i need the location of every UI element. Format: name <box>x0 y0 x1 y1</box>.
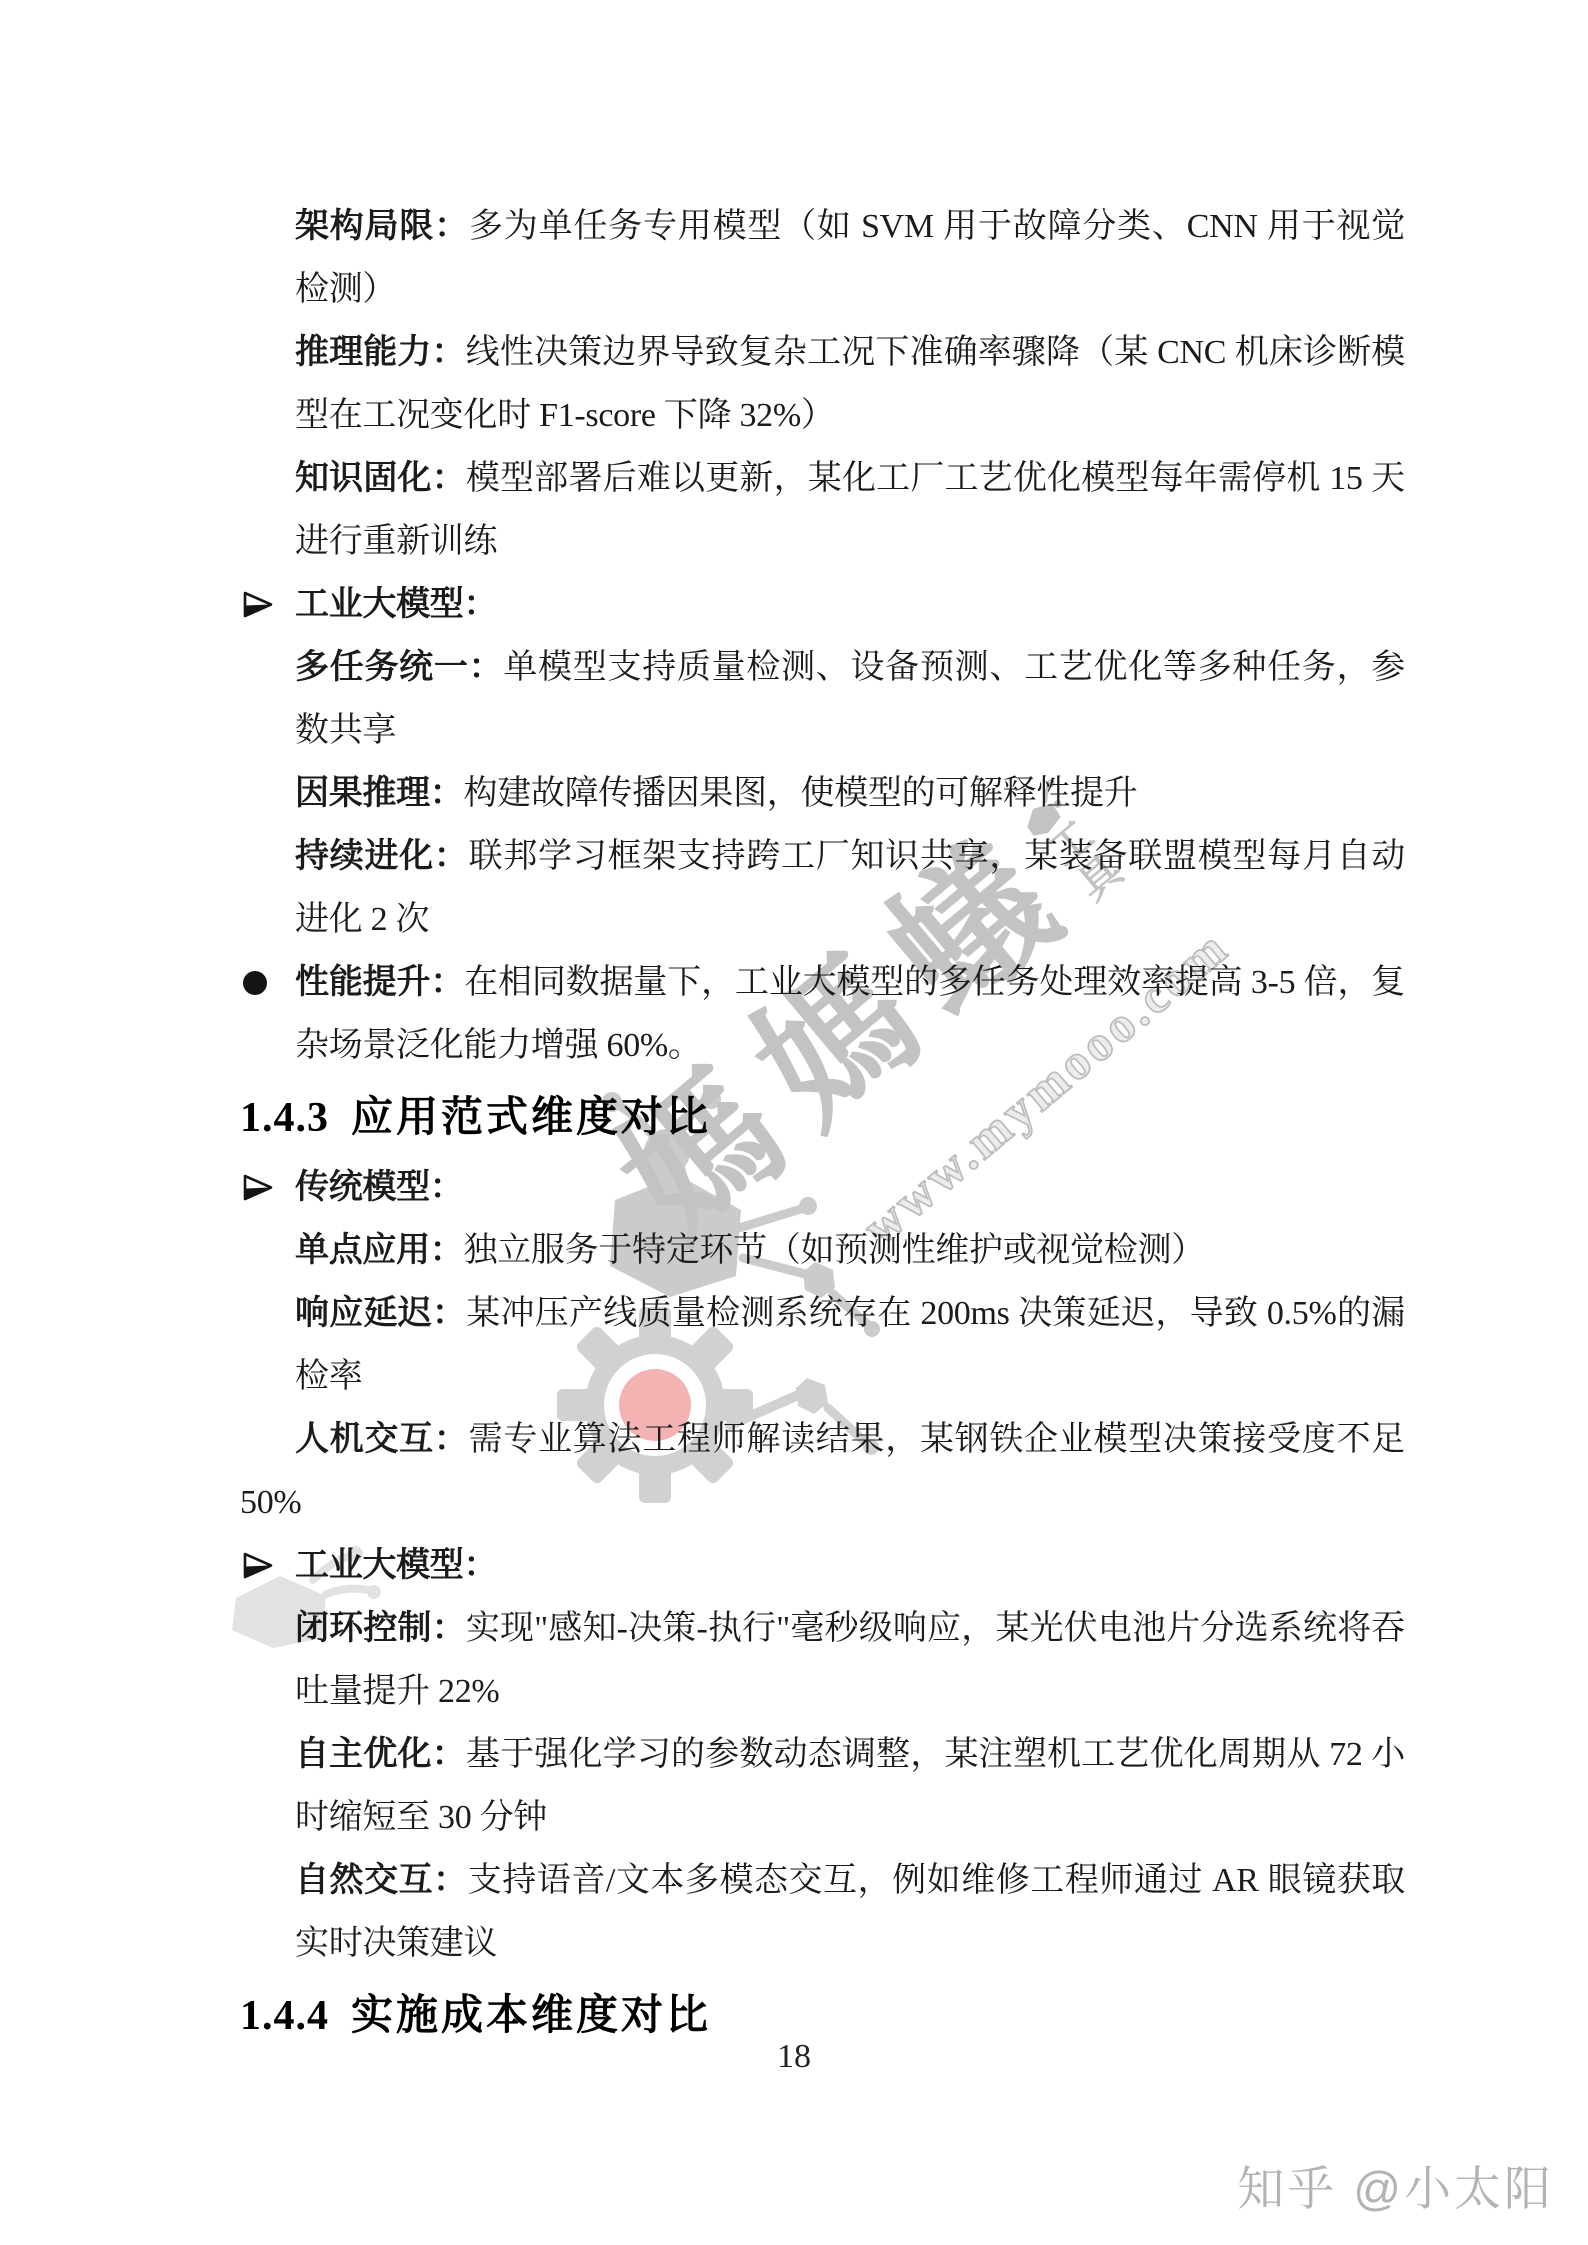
text-line: 数共享 <box>295 699 1405 762</box>
text-line: 持续进化：联邦学习框架支持跨工厂知识共享，某装备联盟模型每月自动 <box>295 825 1405 888</box>
section-number: 1.4.4 <box>240 1993 329 2039</box>
paragraph-label: 传统模型： <box>295 1169 464 1206</box>
paragraph-text: 支持语音/文本多模态交互，例如维修工程师通过 AR 眼镜获取 <box>468 1862 1405 1899</box>
paragraph-text: 实现"感知-决策-执行"毫秒级响应，某光伏电池片分选系统将吞 <box>466 1610 1405 1647</box>
paragraph-text: 型在工况变化时 F1-score 下降 32%） <box>295 397 835 434</box>
paragraph-text: 吐量提升 22% <box>295 1673 499 1710</box>
paragraph-text: 进行重新训练 <box>295 523 497 560</box>
paragraph-text: 构建故障传播因果图，使模型的可解释性提升 <box>464 775 1138 812</box>
arrow-bullet-icon <box>243 1156 273 1219</box>
text-line: 实时决策建议 <box>295 1912 1405 1975</box>
text-line: 闭环控制：实现"感知-决策-执行"毫秒级响应，某光伏电池片分选系统将吞 <box>295 1597 1405 1660</box>
text-line: 推理能力：线性决策边界导致复杂工况下准确率骤降（某 CNC 机床诊断模 <box>295 321 1405 384</box>
text-line: 自然交互：支持语音/文本多模态交互，例如维修工程师通过 AR 眼镜获取 <box>295 1849 1405 1912</box>
paragraph-text: 多为单任务专用模型（如 SVM 用于故障分类、CNN 用于视觉 <box>469 208 1405 245</box>
paragraph-text: 数共享 <box>295 712 396 749</box>
paragraph-text: 时缩短至 30 分钟 <box>295 1799 547 1836</box>
paragraph-text: 进化 2 次 <box>295 901 429 938</box>
paragraph-text: 需专业算法工程师解读结果，某钢铁企业模型决策接受度不足 <box>469 1421 1405 1458</box>
paragraph-label: 因果推理： <box>295 775 464 812</box>
text-line: 工业大模型： <box>295 573 1405 636</box>
section-title: 实施成本维度对比 <box>351 1991 711 2038</box>
dot-bullet-icon <box>243 951 267 1014</box>
paragraph-text: 检率 <box>295 1358 362 1395</box>
text-line: 传统模型： <box>295 1156 1405 1219</box>
content-area: 架构局限：多为单任务专用模型（如 SVM 用于故障分类、CNN 用于视觉检测）推… <box>240 195 1405 2054</box>
paragraph-label: 单点应用： <box>295 1232 464 1269</box>
text-line: 时缩短至 30 分钟 <box>295 1786 1405 1849</box>
text-line: 检率 <box>295 1345 1405 1408</box>
page-number: 18 <box>0 2038 1588 2076</box>
text-line: 进行重新训练 <box>295 510 1405 573</box>
section-heading: 1.4.3应用范式维度对比 <box>240 1077 1405 1156</box>
text-line: 响应延迟：某冲压产线质量检测系统存在 200ms 决策延迟，导致 0.5%的漏 <box>295 1282 1405 1345</box>
paragraph-text: 在相同数据量下，工业大模型的多任务处理效率提高 3-5 倍，复 <box>464 964 1405 1001</box>
paragraph-text: 检测） <box>295 271 396 308</box>
paragraph-text: 50% <box>240 1484 301 1521</box>
paragraph-label: 多任务统一： <box>295 649 503 686</box>
paragraph-label: 人机交互： <box>295 1421 469 1458</box>
paragraph-text: 实时决策建议 <box>295 1925 497 1962</box>
text-line: 多任务统一：单模型支持质量检测、设备预测、工艺优化等多种任务，参 <box>295 636 1405 699</box>
paragraph-label: 推理能力： <box>295 334 466 371</box>
paragraph-text: 单模型支持质量检测、设备预测、工艺优化等多种任务，参 <box>503 649 1405 686</box>
text-line: 吐量提升 22% <box>295 1660 1405 1723</box>
paragraph-label: 自主优化： <box>295 1736 466 1773</box>
arrow-bullet-icon <box>243 1534 273 1597</box>
paragraph-label: 知识固化： <box>295 460 466 497</box>
arrow-bullet-icon <box>243 573 273 636</box>
paragraph-text: 线性决策边界导致复杂工况下准确率骤降（某 CNC 机床诊断模 <box>466 334 1405 371</box>
zhihu-credit: 知乎 @小太阳 <box>1237 2152 1554 2219</box>
section-number: 1.4.3 <box>240 1095 329 1141</box>
paragraph-label: 架构局限： <box>295 208 469 245</box>
paragraph-label: 性能提升： <box>295 964 464 1001</box>
text-line: 进化 2 次 <box>295 888 1405 951</box>
paragraph-label: 自然交互： <box>295 1862 468 1899</box>
paragraph-label: 工业大模型： <box>295 1547 497 1584</box>
text-line: 型在工况变化时 F1-score 下降 32%） <box>295 384 1405 447</box>
paragraph-text: 联邦学习框架支持跨工厂知识共享，某装备联盟模型每月自动 <box>469 838 1405 875</box>
paragraph-text: 某冲压产线质量检测系统存在 200ms 决策延迟，导致 0.5%的漏 <box>466 1295 1405 1332</box>
text-line: 50% <box>240 1471 1405 1534</box>
paragraph-text: 独立服务于特定环节（如预测性维护或视觉检测） <box>464 1232 1205 1269</box>
paragraph-label: 闭环控制： <box>295 1610 466 1647</box>
text-line: 工业大模型： <box>295 1534 1405 1597</box>
paragraph-text: 杂场景泛化能力增强 60%。 <box>295 1027 702 1064</box>
text-line: 性能提升：在相同数据量下，工业大模型的多任务处理效率提高 3-5 倍，复 <box>295 951 1405 1014</box>
paragraph-text: 模型部署后难以更新，某化工厂工艺优化模型每年需停机 15 天 <box>466 460 1405 497</box>
text-line: 知识固化：模型部署后难以更新，某化工厂工艺优化模型每年需停机 15 天 <box>295 447 1405 510</box>
text-line: 自主优化：基于强化学习的参数动态调整，某注塑机工艺优化周期从 72 小 <box>295 1723 1405 1786</box>
text-line: 单点应用：独立服务于特定环节（如预测性维护或视觉检测） <box>295 1219 1405 1282</box>
text-line: 人机交互：需专业算法工程师解读结果，某钢铁企业模型决策接受度不足 <box>295 1408 1405 1471</box>
document-page: 媽 媽 蟻 工 具 www.mymooo.com 架构局限：多为单任务专用模型（… <box>0 0 1588 2245</box>
paragraph-label: 工业大模型： <box>295 586 497 623</box>
paragraph-label: 持续进化： <box>295 838 469 875</box>
text-line: 杂场景泛化能力增强 60%。 <box>295 1014 1405 1077</box>
paragraph-text: 基于强化学习的参数动态调整，某注塑机工艺优化周期从 72 小 <box>466 1736 1405 1773</box>
paragraph-label: 响应延迟： <box>295 1295 466 1332</box>
text-line: 架构局限：多为单任务专用模型（如 SVM 用于故障分类、CNN 用于视觉 <box>295 195 1405 258</box>
text-line: 因果推理：构建故障传播因果图，使模型的可解释性提升 <box>295 762 1405 825</box>
section-title: 应用范式维度对比 <box>351 1093 711 1140</box>
text-line: 检测） <box>295 258 1405 321</box>
